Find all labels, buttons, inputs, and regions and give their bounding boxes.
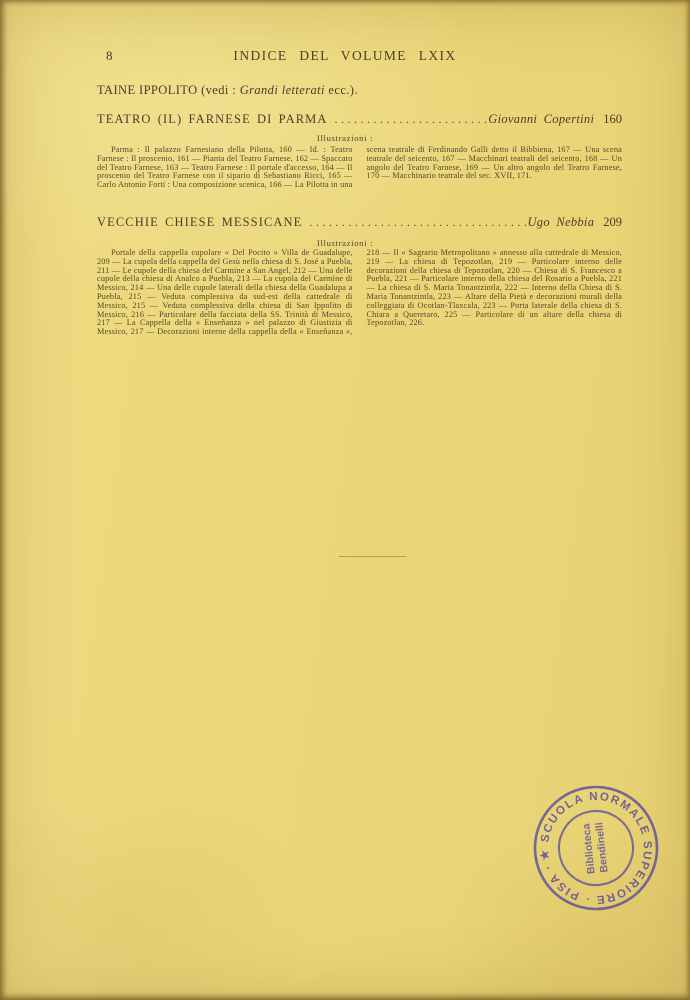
leader-dots: ........................................… (327, 112, 488, 127)
index-entry-taine: TAINE IPPOLITO (vedi : Grandi letterati … (97, 83, 622, 98)
illustrations-list-teatro: Parma : Il palazzo Farnesiano della Pilo… (97, 146, 622, 202)
entry-cross-ref-post: ecc.). (325, 83, 358, 97)
entry-cross-ref-italic: Grandi letterati (240, 83, 325, 97)
index-entry-vecchie-chiese: VECCHIE CHIESE MESSICANE ...............… (97, 215, 622, 230)
volume-index-header: INDICE DEL VOLUME LXIX (0, 48, 690, 64)
scanned-book-page: 8 INDICE DEL VOLUME LXIX TAINE IPPOLITO … (0, 0, 690, 1000)
entry-title: TEATRO (IL) FARNESE DI PARMA (97, 112, 327, 127)
illustrations-label: Illustrazioni : (0, 133, 690, 143)
entry-title: TAINE IPPOLITO (97, 83, 198, 97)
illustrations-list-vecchie: Portale della cappella cupolare « Del Po… (97, 249, 622, 341)
illustrations-label: Illustrazioni : (0, 238, 690, 248)
library-stamp: ★ SCUOLA NORMALE SUPERIORE · PISA · Bibl… (529, 781, 663, 915)
index-entry-teatro-farnese: TEATRO (IL) FARNESE DI PARMA ...........… (97, 112, 622, 127)
page-reference: 160 (603, 112, 622, 127)
section-separator-rule (339, 556, 406, 557)
entry-title: VECCHIE CHIESE MESSICANE (97, 215, 302, 230)
entry-cross-ref-pre: (vedi : (198, 83, 240, 97)
stamp-graphic: ★ SCUOLA NORMALE SUPERIORE · PISA · Bibl… (529, 781, 663, 915)
author-name: Giovanni Copertini (488, 112, 594, 127)
page-reference: 209 (603, 215, 622, 230)
author-name: Ugo Nebbia (527, 215, 594, 230)
leader-dots: ........................................… (302, 215, 527, 230)
